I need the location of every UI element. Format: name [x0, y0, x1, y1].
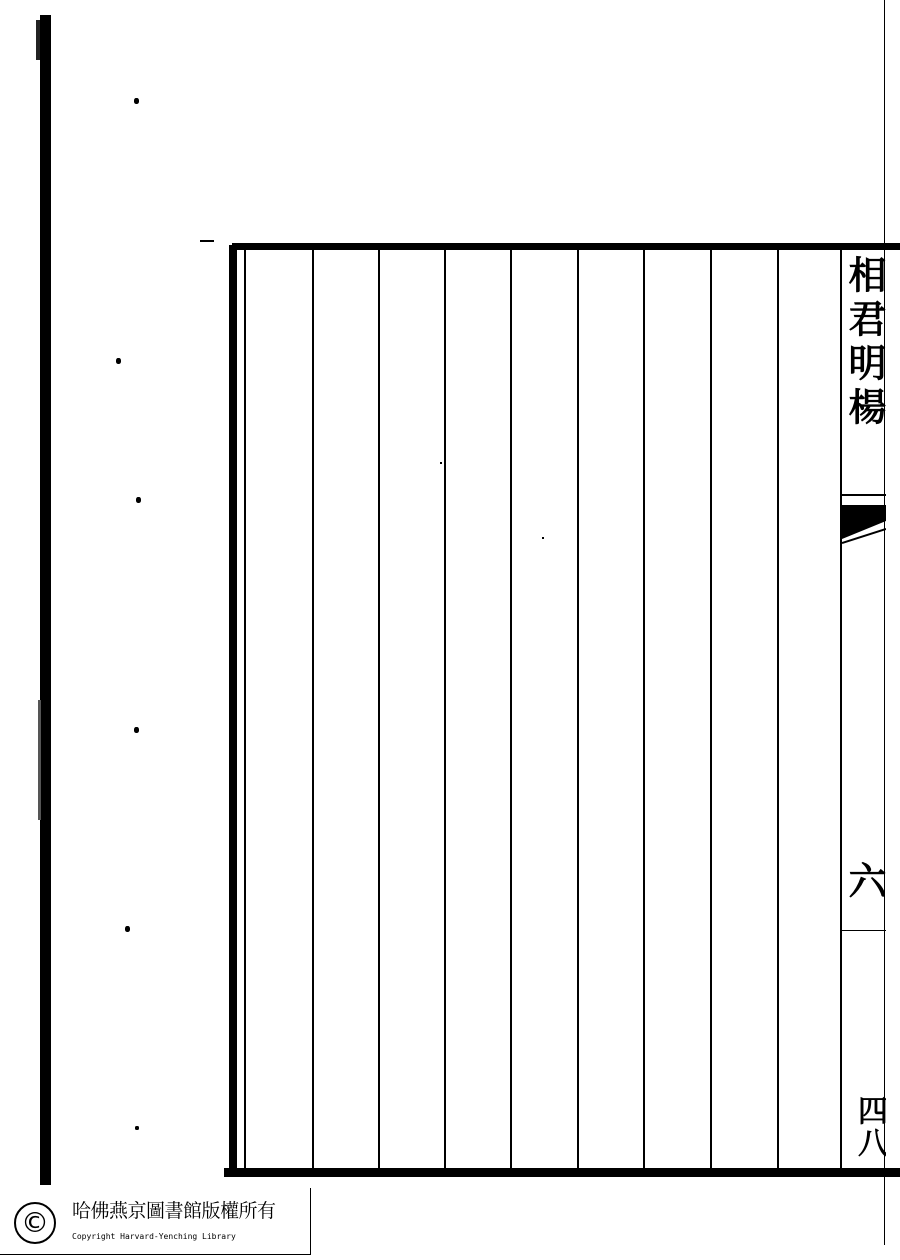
binding-hole-mark [136, 497, 141, 503]
banxin-juan-number: 六 [846, 861, 886, 921]
column-rule [777, 250, 779, 1168]
printed-frame: 相君明楊 六 四八 [224, 243, 900, 1177]
frame-bottom-border [224, 1168, 900, 1177]
ink-speck [200, 240, 214, 242]
banxin-lower-rule [842, 930, 886, 931]
column-rule [643, 250, 645, 1168]
frame-left-inner-border [244, 249, 246, 1171]
binding-hole-mark [116, 358, 121, 364]
fishtail-mark [842, 499, 886, 545]
banxin-border [840, 250, 842, 1168]
copyright-chinese-text: 哈佛燕京圖書館版權所有 [72, 1196, 276, 1223]
spine-speck [38, 700, 41, 820]
binding-hole-mark [125, 926, 130, 932]
copyright-stamp: © 哈佛燕京圖書館版權所有 Copyright Harvard-Yenching… [0, 1188, 311, 1255]
copyright-icon: © [14, 1202, 56, 1244]
copyright-english-text: Copyright Harvard-Yenching Library [72, 1232, 236, 1241]
column-rule [444, 250, 446, 1168]
column-rule [378, 250, 380, 1168]
banxin-upper-rule [842, 494, 886, 496]
book-spine-edge [40, 15, 51, 1185]
column-rule [710, 250, 712, 1168]
frame-top-border [232, 243, 900, 250]
frame-left-border [229, 245, 237, 1175]
column-rule [577, 250, 579, 1168]
banxin-page-number: 四八 [846, 1095, 886, 1175]
binding-hole-mark [134, 727, 139, 733]
binding-hole-mark [134, 98, 139, 104]
spine-speck [36, 20, 40, 60]
binding-hole-mark [135, 1126, 139, 1130]
column-rule [312, 250, 314, 1168]
banxin-title: 相君明楊 [846, 255, 886, 465]
column-rule [510, 250, 512, 1168]
